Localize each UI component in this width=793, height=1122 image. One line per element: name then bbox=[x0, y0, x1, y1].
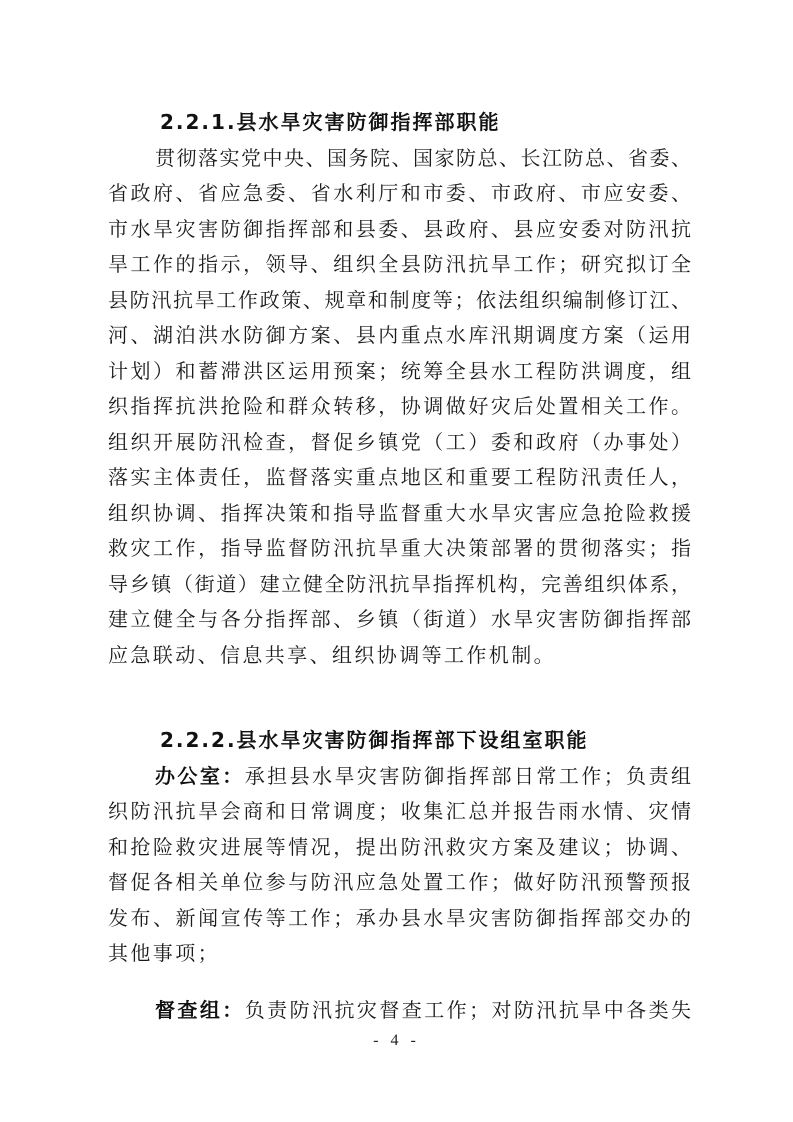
paragraph-line: 建立健全与各分指挥部、乡镇（街道）水旱灾害防御指挥部 bbox=[108, 604, 691, 634]
paragraph-line: 组织协调、指挥决策和指导监督重大水旱灾害应急抢险救援 bbox=[108, 498, 691, 528]
inspection-paragraph-first-line: 督查组：负责防汛抗灾督查工作；对防汛抗旱中各类失 bbox=[155, 995, 691, 1025]
paragraph-line: 其他事项； bbox=[108, 938, 691, 968]
paragraph-line: 市水旱灾害防御指挥部和县委、县政府、县应安委对防汛抗 bbox=[108, 214, 691, 244]
paragraph-line: 组织开展防汛检查，督促乡镇党（工）委和政府（办事处） bbox=[108, 427, 691, 457]
document-page: 2.2.1.县水旱灾害防御指挥部职能 贯彻落实党中央、国务院、国家防总、长江防总… bbox=[0, 0, 793, 1122]
paragraph-line: 落实主体责任，监督落实重点地区和重要工程防汛责任人， bbox=[108, 462, 691, 492]
paragraph-line: 和抢险救灾进展等情况，提出防汛救灾方案及建议；协调、 bbox=[108, 832, 691, 862]
section-heading-2-2-2: 2.2.2.县水旱灾害防御指挥部下设组室职能 bbox=[160, 724, 589, 756]
paragraph-line: 发布、新闻宣传等工作；承办县水旱灾害防御指挥部交办的 bbox=[108, 903, 691, 933]
paragraph-line: 救灾工作，指导监督防汛抗旱重大决策部署的贯彻落实；指 bbox=[108, 533, 691, 563]
section-heading-2-2-1: 2.2.1.县水旱灾害防御指挥部职能 bbox=[160, 106, 501, 138]
paragraph-line: 省政府、省应急委、省水利厅和市委、市政府、市应安委、 bbox=[108, 178, 691, 208]
page-number: - 4 - bbox=[0, 1032, 793, 1050]
office-label: 办公室： bbox=[155, 764, 245, 788]
paragraph-line: 旱工作的指示，领导、组织全县防汛抗旱工作；研究拟订全 bbox=[108, 249, 691, 279]
paragraph-line: 督促各相关单位参与防汛应急处置工作；做好防汛预警预报 bbox=[108, 867, 691, 897]
office-first-line-text: 承担县水旱灾害防御指挥部日常工作；负责组 bbox=[245, 764, 691, 788]
paragraph-line: 河、湖泊洪水防御方案、县内重点水库汛期调度方案（运用 bbox=[108, 320, 691, 350]
inspection-label: 督查组： bbox=[155, 998, 245, 1022]
inspection-first-line-text: 负责防汛抗灾督查工作；对防汛抗旱中各类失 bbox=[245, 998, 691, 1022]
paragraph-line: 县防汛抗旱工作政策、规章和制度等；依法组织编制修订江、 bbox=[108, 285, 691, 315]
paragraph-line: 织防汛抗旱会商和日常调度；收集汇总并报告雨水情、灾情 bbox=[108, 796, 691, 826]
paragraph-line: 应急联动、信息共享、组织协调等工作机制。 bbox=[108, 640, 691, 670]
paragraph-line: 贯彻落实党中央、国务院、国家防总、长江防总、省委、 bbox=[155, 143, 691, 173]
paragraph-line: 导乡镇（街道）建立健全防汛抗旱指挥机构，完善组织体系， bbox=[108, 569, 691, 599]
paragraph-line: 计划）和蓄滞洪区运用预案；统筹全县水工程防洪调度，组 bbox=[108, 356, 691, 386]
office-paragraph-first-line: 办公室：承担县水旱灾害防御指挥部日常工作；负责组 bbox=[155, 761, 691, 791]
paragraph-line: 织指挥抗洪抢险和群众转移，协调做好灾后处置相关工作。 bbox=[108, 391, 691, 421]
